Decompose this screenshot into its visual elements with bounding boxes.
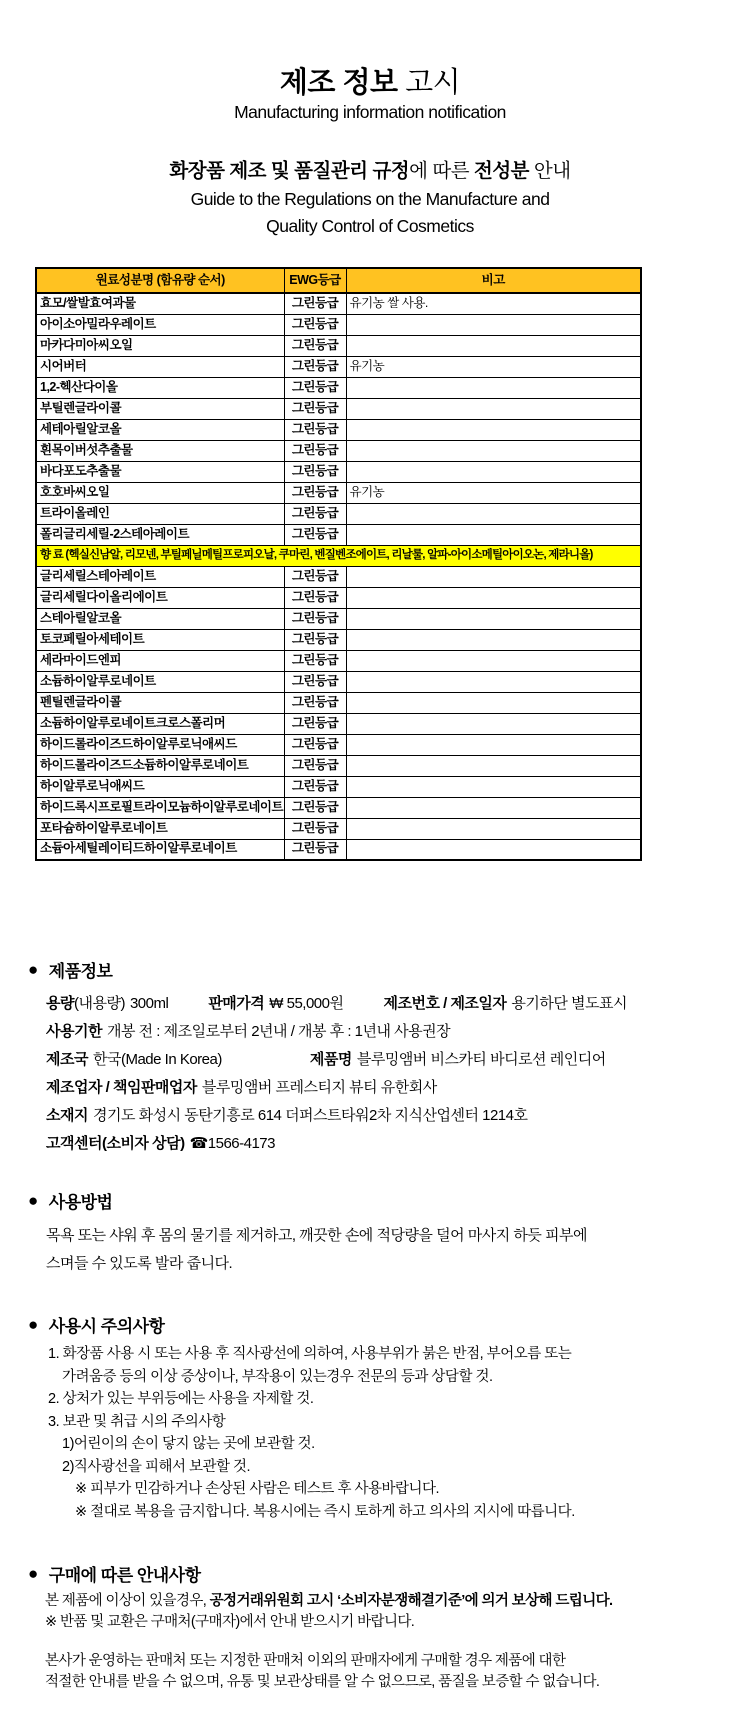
product-info-line: 용량(내용량)300ml판매가격₩ 55,000원제조번호 / 제조일자용기하단… (46, 990, 740, 1018)
table-row: 토코페릴아세테이트그린등급 (36, 629, 641, 650)
note-cell (346, 608, 641, 629)
grade-cell: 그린등급 (284, 776, 346, 797)
table-row: 바다포도추출물그린등급 (36, 461, 641, 482)
grade-cell: 그린등급 (284, 356, 346, 377)
column-header-ewg-grade: EWG등급 (284, 268, 346, 293)
page-title-bold: 제조 정보 (280, 67, 398, 99)
table-row: 세테아릴알코올그린등급 (36, 419, 641, 440)
name-cell: 폴리글리세릴-2스테아레이트 (36, 524, 284, 545)
page-subtitle: 화장품 제조 및 품질관리 규정에 따른 전성분 안내 (0, 158, 740, 184)
note-cell (346, 566, 641, 587)
product-info-value: 개봉 전 : 제조일로부터 2년내 / 개봉 후 : 1년내 사용권장 (107, 1023, 450, 1040)
column-header-note: 비고 (346, 268, 641, 293)
section-heading-purchase-guide: ●구매에 따른 안내사항 (28, 1561, 740, 1586)
product-info-item: 용량(내용량)300ml (46, 995, 168, 1012)
product-info-label: 소재지 (46, 1107, 88, 1124)
grade-cell: 그린등급 (284, 524, 346, 545)
info-sections: ●제품정보 용량(내용량)300ml판매가격₩ 55,000원제조번호 / 제조… (28, 957, 740, 1692)
section-purchase-guide: ●구매에 따른 안내사항 본 제품에 이상이 있을경우, 공정거래위원회 고시 … (28, 1561, 740, 1692)
purchase-guide-lines: 본 제품에 이상이 있을경우, 공정거래위원회 고시 ‘소비자분쟁해결기준’에 … (45, 1591, 740, 1692)
product-info-value: 용기하단 별도표시 (511, 995, 627, 1012)
purchase-line1-bold: 공정거래위원회 고시 ‘소비자분쟁해결기준’에 의거 보상해 드립니다. (210, 1593, 613, 1609)
name-cell: 소듐하이알루로네이트 (36, 671, 284, 692)
note-cell (346, 524, 641, 545)
purchase-return-line: ※ 반품 및 교환은 구매처(구매자)에서 안내 받으시기 바랍니다. (45, 1612, 740, 1633)
table-row: 마카다미아씨오일그린등급 (36, 335, 641, 356)
subtitle-regular-1: 에 따른 (409, 160, 474, 182)
note-cell (346, 314, 641, 335)
purchase-disclaimer: 본사가 운영하는 판매처 또는 지정한 판매처 이외의 판매자에게 구매할 경우… (45, 1651, 740, 1692)
note-cell: 유기농 (346, 482, 641, 503)
note-cell (346, 776, 641, 797)
name-cell: 세테아릴알코올 (36, 419, 284, 440)
note-cell (346, 335, 641, 356)
caution-line: 가려움증 등의 이상 증상이나, 부작용이 있는경우 전문의 등과 상담할 것. (48, 1366, 740, 1389)
name-cell: 흰목이버섯추출물 (36, 440, 284, 461)
grade-cell: 그린등급 (284, 482, 346, 503)
product-info-value: ☎1566-4173 (190, 1135, 275, 1152)
section-cautions: ●사용시 주의사항 1. 화장품 사용 시 또는 사용 후 직사광선에 의하여,… (28, 1312, 740, 1523)
product-info-item: 제조번호 / 제조일자용기하단 별도표시 (383, 995, 627, 1012)
grade-cell: 그린등급 (284, 503, 346, 524)
table-row: 글리세릴다이올리에이트그린등급 (36, 587, 641, 608)
table-row: 흰목이버섯추출물그린등급 (36, 440, 641, 461)
subtitle-bold-1: 화장품 제조 및 품질관리 규정 (169, 160, 409, 182)
purchase-disclaimer-line: 적절한 안내를 받을 수 없으며, 유통 및 보관상태를 알 수 없으므로, 품… (45, 1672, 740, 1693)
bullet-icon: ● (28, 1191, 38, 1211)
table-row: 글리세릴스테아레이트그린등급 (36, 566, 641, 587)
name-cell: 바다포도추출물 (36, 461, 284, 482)
section-title: 구매에 따른 안내사항 (49, 1561, 201, 1586)
note-cell (346, 629, 641, 650)
table-row: 부틸렌글라이콜그린등급 (36, 398, 641, 419)
name-cell: 하이알루로닉애씨드 (36, 776, 284, 797)
document-header: 제조 정보 고시 Manufacturing information notif… (0, 0, 740, 240)
section-heading-usage: ●사용방법 (28, 1188, 740, 1213)
grade-cell: 그린등급 (284, 377, 346, 398)
name-cell: 하이드롤라이즈드소듐하이알루로네이트 (36, 755, 284, 776)
table-row: 하이드롤라이즈드소듐하이알루로네이트그린등급 (36, 755, 641, 776)
name-cell: 트라이올레인 (36, 503, 284, 524)
product-info-line: 사용기한개봉 전 : 제조일로부터 2년내 / 개봉 후 : 1년내 사용권장 (46, 1018, 740, 1046)
fragrance-row: 향 료 (헥실신남알, 리모넨, 부틸페닐메틸프로피오날, 쿠마린, 벤질벤조에… (36, 545, 641, 566)
purchase-line1-regular: 본 제품에 이상이 있을경우, (45, 1593, 210, 1609)
table-row: 효모/쌀발효여과물그린등급유기농 쌀 사용. (36, 293, 641, 314)
note-cell (346, 440, 641, 461)
product-info-item: 제조업자 / 책임판매업자블루밍앰버 프레스티지 뷰티 유한회사 (46, 1079, 437, 1096)
name-cell: 효모/쌀발효여과물 (36, 293, 284, 314)
product-info-label: 제조국 (46, 1051, 88, 1068)
product-info-line: 고객센터(소비자 상담)☎1566-4173 (46, 1130, 740, 1158)
name-cell: 부틸렌글라이콜 (36, 398, 284, 419)
caution-line: 3. 보관 및 취급 시의 주의사항 (48, 1411, 740, 1434)
purchase-disclaimer-line: 본사가 운영하는 판매처 또는 지정한 판매처 이외의 판매자에게 구매할 경우… (45, 1651, 740, 1672)
grade-cell: 그린등급 (284, 629, 346, 650)
name-cell: 펜틸렌글라이콜 (36, 692, 284, 713)
note-cell (346, 398, 641, 419)
table-row: 시어버터그린등급유기농 (36, 356, 641, 377)
table-row: 펜틸렌글라이콜그린등급 (36, 692, 641, 713)
note-cell: 유기농 쌀 사용. (346, 293, 641, 314)
note-cell (346, 818, 641, 839)
table-row: 하이알루로닉애씨드그린등급 (36, 776, 641, 797)
table-row: 포타슘하이알루로네이트그린등급 (36, 818, 641, 839)
name-cell: 포타슘하이알루로네이트 (36, 818, 284, 839)
caution-line: 1. 화장품 사용 시 또는 사용 후 직사광선에 의하여, 사용부위가 붉은 … (48, 1343, 740, 1366)
table-row: 트라이올레인그린등급 (36, 503, 641, 524)
name-cell: 세라마이드엔피 (36, 650, 284, 671)
grade-cell: 그린등급 (284, 650, 346, 671)
caution-line: ※ 피부가 민감하거나 손상된 사람은 테스트 후 사용바랍니다. (48, 1478, 740, 1501)
table-row: 호호바씨오일그린등급유기농 (36, 482, 641, 503)
table-header-row: 원료성분명 (함유량 순서) EWG등급 비고 (36, 268, 641, 293)
usage-lines: 목욕 또는 샤워 후 몸의 물기를 제거하고, 깨끗한 손에 적당량을 덜어 마… (46, 1222, 740, 1278)
note-cell (346, 692, 641, 713)
caution-line: ※ 절대로 복용을 금지합니다. 복용시에는 즉시 토하게 하고 의사의 지시에… (48, 1501, 740, 1524)
product-info-line: 제조업자 / 책임판매업자블루밍앰버 프레스티지 뷰티 유한회사 (46, 1074, 740, 1102)
product-info-value: 블루밍앰버 비스카티 바디로션 레인디어 (357, 1051, 606, 1068)
table-row: 아이소아밀라우레이트그린등급 (36, 314, 641, 335)
name-cell: 시어버터 (36, 356, 284, 377)
section-title: 사용시 주의사항 (49, 1312, 165, 1337)
name-cell: 아이소아밀라우레이트 (36, 314, 284, 335)
product-info-label-suffix: (내용량) (74, 995, 125, 1012)
product-info-label: 판매가격 (208, 995, 264, 1012)
product-info-label: 제조업자 / 책임판매업자 (46, 1079, 197, 1096)
grade-cell: 그린등급 (284, 797, 346, 818)
product-info-item: 사용기한개봉 전 : 제조일로부터 2년내 / 개봉 후 : 1년내 사용권장 (46, 1023, 450, 1040)
subtitle-bold-2: 전성분 (474, 160, 529, 182)
name-cell: 1,2-헥산다이올 (36, 377, 284, 398)
product-info-lines: 용량(내용량)300ml판매가격₩ 55,000원제조번호 / 제조일자용기하단… (46, 990, 740, 1158)
bullet-icon: ● (28, 1564, 38, 1584)
grade-cell: 그린등급 (284, 293, 346, 314)
grade-cell: 그린등급 (284, 461, 346, 482)
note-cell (346, 419, 641, 440)
note-cell (346, 839, 641, 860)
page-title-regular: 고시 (398, 67, 461, 99)
product-info-label: 용량 (46, 995, 74, 1012)
cautions-lines: 1. 화장품 사용 시 또는 사용 후 직사광선에 의하여, 사용부위가 붉은 … (48, 1343, 740, 1523)
note-cell (346, 734, 641, 755)
section-product-info: ●제품정보 용량(내용량)300ml판매가격₩ 55,000원제조번호 / 제조… (28, 957, 740, 1158)
name-cell: 소듐아세틸레이티드하이알루로네이트 (36, 839, 284, 860)
page-title-english: Manufacturing information notification (0, 101, 740, 124)
grade-cell: 그린등급 (284, 755, 346, 776)
column-header-ingredient: 원료성분명 (함유량 순서) (36, 268, 284, 293)
bullet-icon: ● (28, 1315, 38, 1335)
subtitle-english-line1: Guide to the Regulations on the Manufact… (0, 186, 740, 213)
grade-cell: 그린등급 (284, 671, 346, 692)
grade-cell: 그린등급 (284, 398, 346, 419)
purchase-compensation-line: 본 제품에 이상이 있을경우, 공정거래위원회 고시 ‘소비자분쟁해결기준’에 … (45, 1591, 740, 1612)
subtitle-regular-2: 안내 (529, 160, 571, 182)
name-cell: 토코페릴아세테이트 (36, 629, 284, 650)
name-cell: 하이드롤라이즈드하이알루로닉애씨드 (36, 734, 284, 755)
usage-line: 스며들 수 있도록 발라 줍니다. (46, 1250, 740, 1278)
product-info-item: 판매가격₩ 55,000원 (208, 995, 343, 1012)
table-row: 폴리글리세릴-2스테아레이트그린등급 (36, 524, 641, 545)
ingredient-table: 원료성분명 (함유량 순서) EWG등급 비고 효모/쌀발효여과물그린등급유기농… (35, 267, 642, 861)
product-info-label: 제조번호 / 제조일자 (383, 995, 506, 1012)
table-row: 하이드록시프로필트라이모늄하이알루로네이트그린등급 (36, 797, 641, 818)
product-info-line: 제조국한국(Made In Korea)제품명블루밍앰버 비스카티 바디로션 레… (46, 1046, 740, 1074)
name-cell: 스테아릴알코올 (36, 608, 284, 629)
section-heading-product-info: ●제품정보 (28, 957, 740, 982)
table-row: 소듐하이알루로네이트크로스폴리머그린등급 (36, 713, 641, 734)
product-info-item: 제품명블루밍앰버 비스카티 바디로션 레인디어 (310, 1051, 606, 1068)
caution-line: 2. 상처가 있는 부위등에는 사용을 자제할 것. (48, 1388, 740, 1411)
usage-line: 목욕 또는 샤워 후 몸의 물기를 제거하고, 깨끗한 손에 적당량을 덜어 마… (46, 1222, 740, 1250)
page-title: 제조 정보 고시 (0, 66, 740, 100)
product-info-label: 제품명 (310, 1051, 352, 1068)
product-info-value: 300ml (130, 995, 168, 1012)
ingredient-table-body: 효모/쌀발효여과물그린등급유기농 쌀 사용.아이소아밀라우레이트그린등급마카다미… (36, 293, 641, 860)
fragrance-cell: 향 료 (헥실신남알, 리모넨, 부틸페닐메틸프로피오날, 쿠마린, 벤질벤조에… (36, 545, 641, 566)
grade-cell: 그린등급 (284, 692, 346, 713)
section-title: 사용방법 (49, 1188, 113, 1213)
grade-cell: 그린등급 (284, 587, 346, 608)
grade-cell: 그린등급 (284, 818, 346, 839)
section-title: 제품정보 (49, 957, 113, 982)
grade-cell: 그린등급 (284, 335, 346, 356)
product-info-line: 소재지경기도 화성시 동탄기흥로 614 더퍼스트타워2차 지식산업센터 121… (46, 1102, 740, 1130)
name-cell: 글리세릴스테아레이트 (36, 566, 284, 587)
grade-cell: 그린등급 (284, 734, 346, 755)
note-cell (346, 650, 641, 671)
table-row: 하이드롤라이즈드하이알루로닉애씨드그린등급 (36, 734, 641, 755)
grade-cell: 그린등급 (284, 314, 346, 335)
note-cell: 유기농 (346, 356, 641, 377)
note-cell (346, 503, 641, 524)
table-row: 소듐아세틸레이티드하이알루로네이트그린등급 (36, 839, 641, 860)
note-cell (346, 755, 641, 776)
product-info-value: ₩ 55,000원 (269, 995, 343, 1012)
page-subtitle-english: Guide to the Regulations on the Manufact… (0, 186, 740, 240)
grade-cell: 그린등급 (284, 713, 346, 734)
product-info-value: 경기도 화성시 동탄기흥로 614 더퍼스트타워2차 지식산업센터 1214호 (93, 1107, 528, 1124)
caution-line: 1)어린이의 손이 닿지 않는 곳에 보관할 것. (48, 1433, 740, 1456)
bullet-icon: ● (28, 960, 38, 980)
name-cell: 호호바씨오일 (36, 482, 284, 503)
note-cell (346, 461, 641, 482)
grade-cell: 그린등급 (284, 839, 346, 860)
name-cell: 글리세릴다이올리에이트 (36, 587, 284, 608)
product-info-label: 고객센터(소비자 상담) (46, 1135, 185, 1152)
table-row: 1,2-헥산다이올그린등급 (36, 377, 641, 398)
product-info-item: 고객센터(소비자 상담)☎1566-4173 (46, 1135, 275, 1152)
section-heading-cautions: ●사용시 주의사항 (28, 1312, 740, 1337)
subtitle-english-line2: Quality Control of Cosmetics (0, 213, 740, 240)
product-info-value: 블루밍앰버 프레스티지 뷰티 유한회사 (202, 1079, 437, 1096)
grade-cell: 그린등급 (284, 440, 346, 461)
product-info-item: 소재지경기도 화성시 동탄기흥로 614 더퍼스트타워2차 지식산업센터 121… (46, 1107, 527, 1124)
product-info-item: 제조국한국(Made In Korea) (46, 1051, 222, 1068)
table-row: 소듐하이알루로네이트그린등급 (36, 671, 641, 692)
note-cell (346, 377, 641, 398)
note-cell (346, 797, 641, 818)
note-cell (346, 713, 641, 734)
section-usage: ●사용방법 목욕 또는 샤워 후 몸의 물기를 제거하고, 깨끗한 손에 적당량… (28, 1188, 740, 1278)
grade-cell: 그린등급 (284, 419, 346, 440)
grade-cell: 그린등급 (284, 566, 346, 587)
note-cell (346, 671, 641, 692)
name-cell: 마카다미아씨오일 (36, 335, 284, 356)
note-cell (346, 587, 641, 608)
name-cell: 소듐하이알루로네이트크로스폴리머 (36, 713, 284, 734)
table-row: 스테아릴알코올그린등급 (36, 608, 641, 629)
grade-cell: 그린등급 (284, 608, 346, 629)
product-info-value: 한국(Made In Korea) (93, 1051, 222, 1068)
table-row: 세라마이드엔피그린등급 (36, 650, 641, 671)
product-info-label: 사용기한 (46, 1023, 102, 1040)
caution-line: 2)직사광선을 피해서 보관할 것. (48, 1456, 740, 1479)
name-cell: 하이드록시프로필트라이모늄하이알루로네이트 (36, 797, 284, 818)
